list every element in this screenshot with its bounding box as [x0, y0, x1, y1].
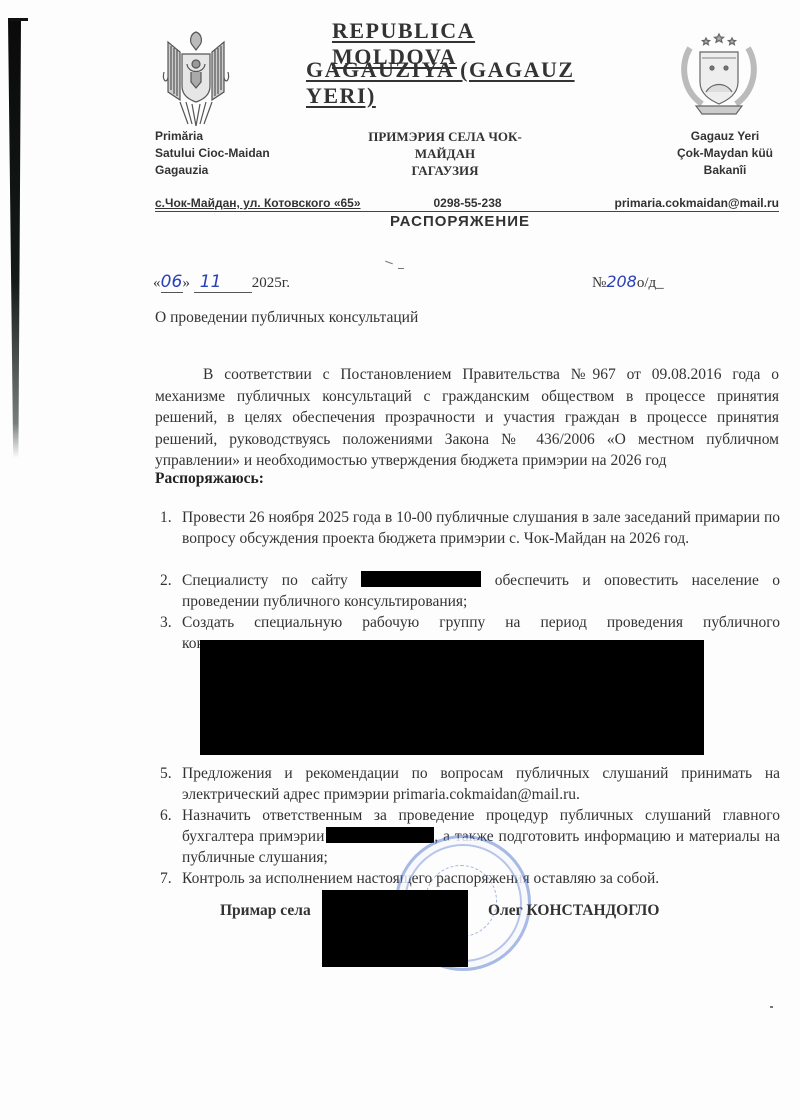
phone: 0298-55-238: [434, 196, 502, 210]
date-day-handwritten: 06: [161, 272, 183, 292]
header-left-line: Primăria: [155, 128, 270, 145]
item-number: 5.: [160, 763, 182, 805]
item-number: 2.: [160, 570, 182, 612]
redaction-box: [361, 571, 481, 587]
date-year: 2025г.: [252, 275, 290, 291]
item-text: Провести 26 ноября 2025 года в 10-00 пуб…: [182, 507, 780, 570]
preamble-paragraph: В соответствии с Постановлением Правител…: [155, 364, 779, 472]
number-prefix: №: [592, 275, 606, 291]
item-number: 3.: [160, 612, 182, 654]
order-item: 5. Предложения и рекомендации по вопроса…: [160, 763, 780, 805]
header-left-line: Satului Cioc-Maidan: [155, 145, 270, 162]
header-right-line: Gagauz Yeri: [640, 128, 780, 145]
header-right-block: Gagauz Yeri Çok-Maydan küü Bakanîi: [640, 128, 780, 179]
region-title: GAGAUZIYA (GAGAUZ YERI): [306, 57, 626, 109]
signature-title: Примар села: [220, 902, 311, 920]
redaction-box: [326, 827, 434, 843]
scan-speck: [770, 1006, 773, 1008]
document-date: «06» 112025г.: [153, 272, 290, 293]
scan-edge-artifact-top: [8, 18, 28, 21]
redaction-block-signature: [322, 890, 468, 967]
scan-speck: [398, 268, 404, 269]
item-number: 7.: [160, 868, 182, 889]
number-handwritten: 208: [606, 272, 637, 291]
preamble-text: В соответствии с Постановлением Правител…: [155, 366, 779, 469]
header-center-block: ПРИМЭРИЯ СЕЛА ЧОК-МАЙДАН ГАГАУЗИЯ: [340, 128, 550, 179]
moldova-coat-of-arms-icon: [160, 28, 232, 128]
header-center-line: ПРИМЭРИЯ СЕЛА ЧОК-МАЙДАН: [340, 128, 550, 162]
signatory-name: Олег КОНСТАНДОГЛО: [488, 902, 659, 920]
gagauzia-coat-of-arms-icon: [676, 30, 762, 118]
order-item: 2. Специалисту по сайту обеспечить и опо…: [160, 570, 780, 612]
number-suffix: о/д_: [637, 275, 664, 291]
header-left-line: Gagauzia: [155, 162, 270, 179]
order-label: Распоряжаюсь:: [155, 470, 264, 488]
date-open-quote: «: [153, 275, 161, 291]
header-right-line: Çok-Maydan küü: [640, 145, 780, 162]
header-right-line: Bakanîi: [640, 162, 780, 179]
date-close-quote: »: [183, 275, 191, 291]
document-number: №208о/д_: [592, 272, 664, 292]
header-left-block: Primăria Satului Cioc-Maidan Gagauzia: [155, 128, 270, 179]
item-number: 6.: [160, 805, 182, 868]
item-number: 1.: [160, 507, 182, 570]
date-month-handwritten: 11: [200, 272, 222, 292]
redaction-block-member-list: [200, 640, 704, 755]
contact-row: с.Чок-Майдан, ул. Котовского «65» 0298-5…: [155, 196, 779, 212]
order-item: 1. Провести 26 ноября 2025 года в 10-00 …: [160, 507, 780, 570]
email: primaria.cokmaidan@mail.ru: [615, 196, 779, 210]
item-text: Предложения и рекомендации по вопросам п…: [182, 763, 780, 805]
document-subject: О проведении публичных консультаций: [155, 309, 418, 327]
address: с.Чок-Майдан, ул. Котовского «65»: [155, 196, 361, 210]
item-text: Специалисту по сайту обеспечить и оповес…: [182, 570, 780, 612]
scan-edge-artifact: [8, 18, 21, 458]
header-center-line: ГАГАУЗИЯ: [340, 162, 550, 179]
scan-speck: [385, 261, 393, 265]
order-items-list: 1. Провести 26 ноября 2025 года в 10-00 …: [160, 507, 780, 654]
item-text-before: Специалисту по сайту: [182, 572, 348, 589]
document-type-title: РАСПОРЯЖЕНИЕ: [0, 213, 800, 230]
